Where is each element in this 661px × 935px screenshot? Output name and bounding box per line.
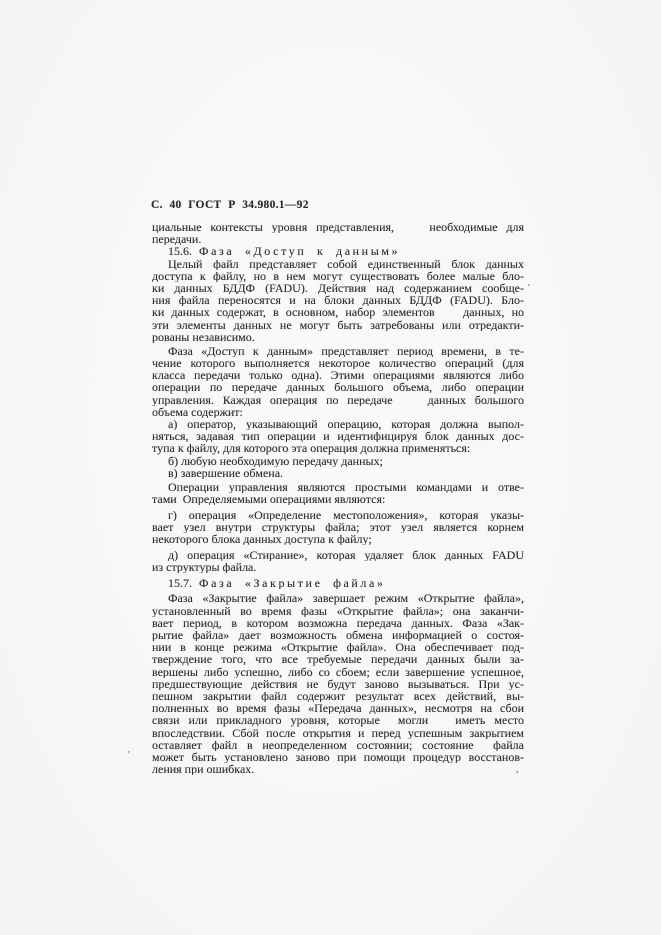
- text-line: Фаза «Закрытие файла» завершает режим «О…: [152, 592, 524, 604]
- text-line: объема содержит:: [152, 406, 524, 418]
- text-line: управления. Каждая операция по передаче …: [152, 394, 524, 406]
- page-header: С. 40 ГОСТ Р 34.980.1—92: [151, 199, 309, 211]
- text-line: ления при ошибках.: [152, 763, 524, 775]
- text-line: полненных во время фазы «Передача данных…: [152, 702, 524, 714]
- text-line: ния файла переносятся и на блоки данных …: [152, 294, 524, 306]
- text-line: вает узел внутри структуры файла; этот у…: [152, 521, 524, 533]
- text-line: доступа к файлу, но в нем могут существо…: [152, 270, 524, 282]
- text-line: Фаза «Доступ к данным» представляет пери…: [152, 345, 524, 357]
- text-line: а) оператор, указывающий операцию, котор…: [152, 418, 524, 430]
- text-line: няться, задавая тип операции и идентифиц…: [152, 430, 524, 442]
- text-line: класса передачи только одна). Этими опер…: [152, 369, 524, 381]
- scan-artifact: ': [528, 284, 530, 294]
- scan-artifact: ': [128, 751, 130, 761]
- text-line: установленный во время фазы «Открытие фа…: [152, 605, 524, 617]
- text-line: в) завершение обмена.: [152, 467, 524, 479]
- text-line: операции по передаче данных большого объ…: [152, 381, 524, 393]
- text-line: нии в конце режима «Открытие файла». Она…: [152, 641, 524, 653]
- section-number: 15.6.: [168, 245, 192, 257]
- scan-artifact: ,: [516, 765, 519, 775]
- text-line: б) любую необходимую передачу данных;: [152, 455, 524, 467]
- section-title: Фаза «Доступ к данным»: [199, 245, 400, 257]
- text-line: впоследствии. Сбой после открытия и пере…: [152, 727, 524, 739]
- text-line: тверждение того, что все требуемые перед…: [152, 653, 524, 665]
- scanned-document-page: С. 40 ГОСТ Р 34.980.1—92 циальные контек…: [0, 0, 661, 935]
- text-line: связи или прикладного уровня, которые мо…: [152, 714, 524, 726]
- text-line: Целый файл представляет собой единственн…: [152, 258, 524, 270]
- text-line: Операции управления являются простыми ко…: [152, 481, 524, 493]
- text-line: некоторого блока данных доступа к файлу;: [152, 533, 524, 545]
- text-line: вает период, в котором возможна передача…: [152, 617, 524, 629]
- text-line: может быть установлено заново при помощи…: [152, 751, 524, 763]
- text-line: ки данных БДДФ (FADU). Действия над соде…: [152, 282, 524, 294]
- text-line: г) операция «Определение местоположения»…: [152, 509, 524, 521]
- section-number: 15.7.: [168, 577, 192, 589]
- text-line: тупа к файлу, для которого эта операция …: [152, 442, 524, 454]
- text-line: циальные контексты уровня представления,…: [152, 221, 524, 233]
- document-body: циальные контексты уровня представления,…: [152, 221, 524, 775]
- text-line: рытие файла» дает возможность обмена инф…: [152, 629, 524, 641]
- text-line: передачи.: [152, 233, 524, 245]
- text-line: эти элементы данных не могут быть затреб…: [152, 319, 524, 331]
- text-line: предшествующие действия не будут заново …: [152, 678, 524, 690]
- text-line: пешном закрытии файл содержит результат …: [152, 690, 524, 702]
- text-line: вершены либо успешно, либо со сбоем; есл…: [152, 666, 524, 678]
- text-line: оставляет файл в неопределенном состояни…: [152, 739, 524, 751]
- text-line: тами Определяемыми операциями являются:: [152, 493, 524, 505]
- text-line: д) операция «Стирание», которая удаляет …: [152, 549, 524, 561]
- section-title: Фаза «Закрытие файла»: [199, 577, 386, 589]
- section-heading: 15.6.Фаза «Доступ к данным»: [152, 245, 524, 257]
- section-heading: 15.7.Фаза «Закрытие файла»: [152, 577, 524, 589]
- text-line: рованы независимо.: [152, 331, 524, 343]
- text-line: ки данных содержат, в основном, набор эл…: [152, 306, 524, 318]
- text-line: из структуры файла.: [152, 561, 524, 573]
- text-line: чение которого выполняется некоторое кол…: [152, 357, 524, 369]
